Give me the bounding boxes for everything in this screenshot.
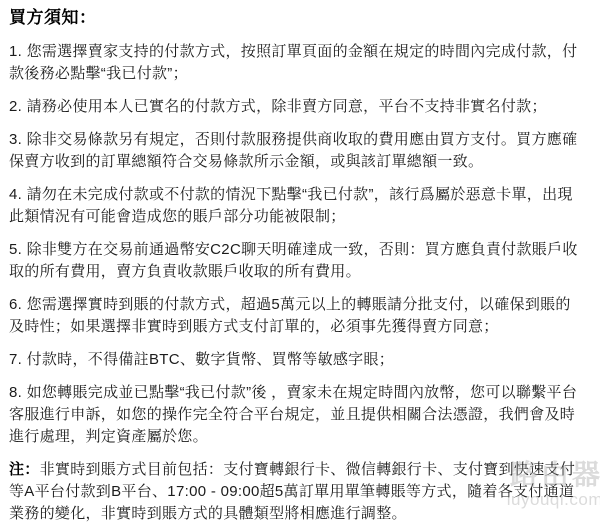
term-line: 進行處理，判定資產屬於您。 xyxy=(9,426,591,448)
term-paragraph-3: 3. 除非交易條款另有規定，否則付款服務提供商收取的費用應由買方支付。買方應確 … xyxy=(9,129,591,173)
note-text: 非實時到賬方式目前包括：支付寶轉銀行卡、微信轉銀行卡、支付寶到快速支付 xyxy=(40,461,576,478)
term-paragraph-7: 7. 付款時，不得備註BTC、數字貨幣、買幣等敏感字眼； xyxy=(9,349,591,371)
page-title: 買方須知： xyxy=(9,8,591,28)
term-line: 4. 請勿在未完成付款或不付款的情況下點擊“我已付款”，該行爲屬於惡意卡單，出現 xyxy=(9,184,591,206)
buyer-notice-document: 買方須知： 1. 您需選擇賣家支持的付款方式，按照訂單頁面的金額在規定的時間內完… xyxy=(0,0,600,522)
term-paragraph-5: 5. 除非雙方在交易前通過幣安C2C聊天明確達成一致，否則：買方應負責付款賬戶收… xyxy=(9,239,591,283)
term-line: 5. 除非雙方在交易前通過幣安C2C聊天明確達成一致，否則：買方應負責付款賬戶收 xyxy=(9,239,591,261)
term-line: 1. 您需選擇賣家支持的付款方式，按照訂單頁面的金額在規定的時間內完成付款，付 xyxy=(9,41,591,63)
term-line: 2. 請務必使用本人已實名的付款方式，除非賣方同意，平台不支持非實名付款； xyxy=(9,96,591,118)
term-line: 8. 如您轉賬完成並已點擊“我已付款”後 ，賣家未在規定時間內放幣，您可以聯繫平… xyxy=(9,382,591,404)
term-paragraph-1: 1. 您需選擇賣家支持的付款方式，按照訂單頁面的金額在規定的時間內完成付款，付 … xyxy=(9,41,591,85)
term-line: 取的所有費用，賣方負責收款賬戶收取的所有費用。 xyxy=(9,261,591,283)
term-line: 保賣方收到的訂單總額符合交易條款所示金額，或與該訂單總額一致。 xyxy=(9,151,591,173)
term-line: 3. 除非交易條款另有規定，否則付款服務提供商收取的費用應由買方支付。買方應確 xyxy=(9,129,591,151)
note-line: 注：非實時到賬方式目前包括：支付寶轉銀行卡、微信轉銀行卡、支付寶到快速支付 xyxy=(9,459,591,481)
term-line: 款後務必點擊“我已付款”； xyxy=(9,63,591,85)
term-paragraph-8: 8. 如您轉賬完成並已點擊“我已付款”後 ，賣家未在規定時間內放幣，您可以聯繫平… xyxy=(9,382,591,448)
term-line: 6. 您需選擇實時到賬的付款方式，超過5萬元以上的轉賬請分批支付，以確保到賬的 xyxy=(9,294,591,316)
term-paragraph-2: 2. 請務必使用本人已實名的付款方式，除非賣方同意，平台不支持非實名付款； xyxy=(9,96,591,118)
term-line: 及時性；如果選擇非實時到賬方式支付訂單的，必須事先獲得賣方同意； xyxy=(9,316,591,338)
term-paragraph-4: 4. 請勿在未完成付款或不付款的情況下點擊“我已付款”，該行爲屬於惡意卡單，出現… xyxy=(9,184,591,228)
note-label: 注： xyxy=(9,461,40,478)
term-line: 此類情況有可能會造成您的賬戶部分功能被限制； xyxy=(9,206,591,228)
note-line: 業務的變化，非實時到賬方式的具體類型將相應進行調整。 xyxy=(9,503,591,522)
term-paragraph-6: 6. 您需選擇實時到賬的付款方式，超過5萬元以上的轉賬請分批支付，以確保到賬的 … xyxy=(9,294,591,338)
note-line: 等A平台付款到B平台、17:00 - 09:00超5萬訂單用單筆轉賬等方式，隨着… xyxy=(9,481,591,503)
term-line: 客服進行申訴，如您的操作完全符合平台規定，並且提供相關合法憑證，我們會及時 xyxy=(9,404,591,426)
note-paragraph: 注：非實時到賬方式目前包括：支付寶轉銀行卡、微信轉銀行卡、支付寶到快速支付 等A… xyxy=(9,459,591,522)
term-line: 7. 付款時，不得備註BTC、數字貨幣、買幣等敏感字眼； xyxy=(9,349,591,371)
